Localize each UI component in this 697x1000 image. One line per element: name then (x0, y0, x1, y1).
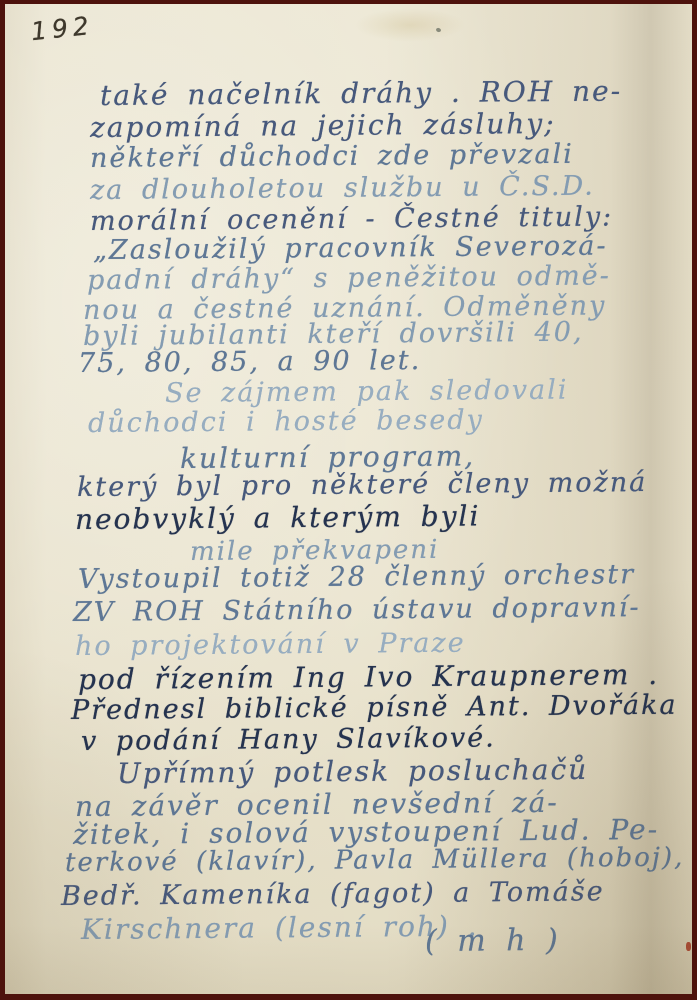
handwriting-line: ZV ROH Státního ústavu dopravní- (73, 592, 641, 628)
signature-initials: ( m h ) (425, 923, 560, 959)
page-number: 192 (30, 11, 95, 46)
handwriting-line: terkové (klavír), Pavla Müllera (hoboj), (65, 843, 685, 878)
handwriting-line: Přednesl biblické písně Ant. Dvořáka (71, 690, 678, 726)
handwriting-line: 75, 80, 85, a 90 let. (78, 345, 421, 379)
paper: 192 také načelník dráhy . ROH ne- zapomí… (5, 4, 692, 994)
handwriting-line: neobvyklý a kterým byli (75, 499, 481, 536)
handwriting-line: Vystoupil totiž 28 členný orchestr (78, 559, 635, 595)
red-edge-mark (686, 942, 691, 951)
handwriting-line: který byl pro některé členy možná (77, 467, 648, 503)
handwriting-line: Bedř. Kameníka (fagot) a Tomáše (61, 876, 605, 912)
scanned-page-frame: 192 také načelník dráhy . ROH ne- zapomí… (0, 0, 697, 1000)
handwriting-line: Upřímný potlesk posluchačů (117, 753, 589, 790)
handwriting-line: za dlouholetou službu u Č.S.D. (90, 171, 595, 206)
handwriting-line: zapomíná na jejich zásluhy; (90, 107, 556, 144)
handwriting-line: někteří důchodci zde převzali (90, 139, 574, 174)
handwriting-line: v podání Hany Slavíkové. (81, 722, 496, 757)
handwriting-line: důchodci i hosté besedy (88, 405, 484, 439)
handwriting-line: Kirschnera (lesní roh) . (81, 910, 479, 946)
handwriting-line: Se zájmem pak sledovali (165, 374, 569, 409)
handwriting-line: ho projektování v Praze (75, 628, 466, 662)
paper-stain (355, 8, 465, 42)
